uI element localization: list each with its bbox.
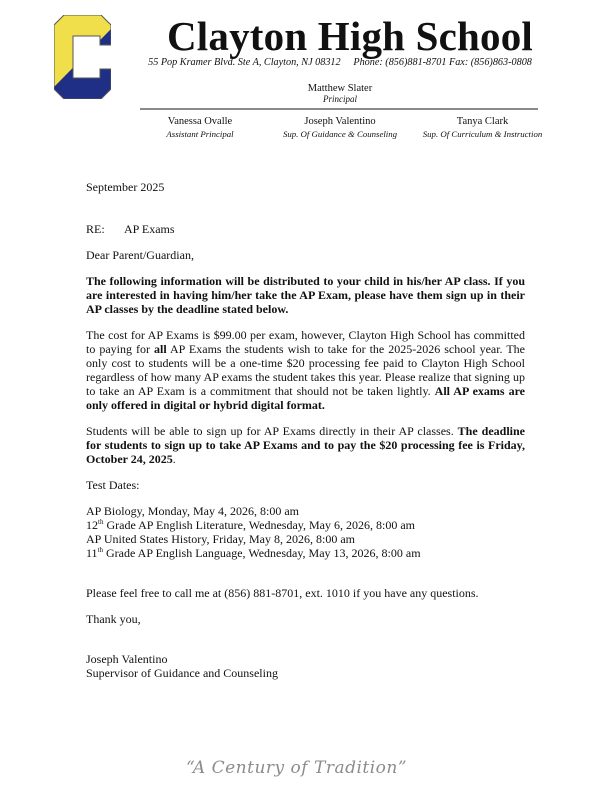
subject-text: AP Exams <box>124 222 175 236</box>
letter-date: September 2025 <box>86 180 525 194</box>
deadline-paragraph: Students will be able to sign up for AP … <box>86 424 525 466</box>
subject-line: RE:AP Exams <box>86 222 525 236</box>
closing: Thank you, <box>86 612 525 626</box>
test-date-item: AP Biology, Monday, May 4, 2026, 8:00 am <box>86 504 525 518</box>
administrator-name: Vanessa Ovalle <box>150 116 250 128</box>
test-date-item: AP United States History, Friday, May 8,… <box>86 532 525 546</box>
header-divider <box>140 108 538 110</box>
administrator-block: Vanessa Ovalle Assistant Principal <box>150 116 250 140</box>
school-name: Clayton High School <box>140 12 560 60</box>
school-address: 55 Pop Kramer Blvd. Ste A, Clayton, NJ 0… <box>148 57 341 68</box>
administrator-title: Sup. Of Curriculum & Instruction <box>410 128 555 140</box>
salutation: Dear Parent/Guardian, <box>86 248 525 262</box>
deadline-period: . <box>173 452 176 466</box>
school-phone: Phone: (856)881-8701 <box>353 57 446 68</box>
school-fax: Fax: (856)863-0808 <box>449 57 532 68</box>
subject-label: RE: <box>86 222 124 236</box>
school-contact-line: 55 Pop Kramer Blvd. Ste A, Clayton, NJ 0… <box>135 57 545 69</box>
test-dates-list: AP Biology, Monday, May 4, 2026, 8:00 am… <box>86 504 525 560</box>
principal-title: Principal <box>250 94 430 105</box>
letter-body: September 2025 RE:AP Exams Dear Parent/G… <box>86 180 525 680</box>
signer-title: Supervisor of Guidance and Counseling <box>86 666 525 680</box>
administrator-name: Joseph Valentino <box>265 116 415 128</box>
principal-name: Matthew Slater <box>250 83 430 94</box>
test-dates-label: Test Dates: <box>86 478 525 492</box>
administrator-title: Assistant Principal <box>150 128 250 140</box>
school-logo-icon <box>54 15 111 99</box>
administrator-title: Sup. Of Guidance & Counseling <box>265 128 415 140</box>
administrator-name: Tanya Clark <box>410 116 555 128</box>
test-date-item: 12th Grade AP English Literature, Wednes… <box>86 518 525 532</box>
signer-name: Joseph Valentino <box>86 652 525 666</box>
contact-line: Please feel free to call me at (856) 881… <box>86 586 525 600</box>
signup-text: Students will be able to sign up for AP … <box>86 424 458 438</box>
school-motto: “A Century of Tradition” <box>150 758 443 778</box>
cost-emphasis: all <box>154 342 167 356</box>
administrator-block: Tanya Clark Sup. Of Curriculum & Instruc… <box>410 116 555 140</box>
intro-paragraph: The following information will be distri… <box>86 274 525 316</box>
test-date-item: 11th Grade AP English Language, Wednesda… <box>86 546 525 560</box>
administrator-block: Joseph Valentino Sup. Of Guidance & Coun… <box>265 116 415 140</box>
principal-block: Matthew Slater Principal <box>250 83 430 105</box>
cost-paragraph: The cost for AP Exams is $99.00 per exam… <box>86 328 525 412</box>
